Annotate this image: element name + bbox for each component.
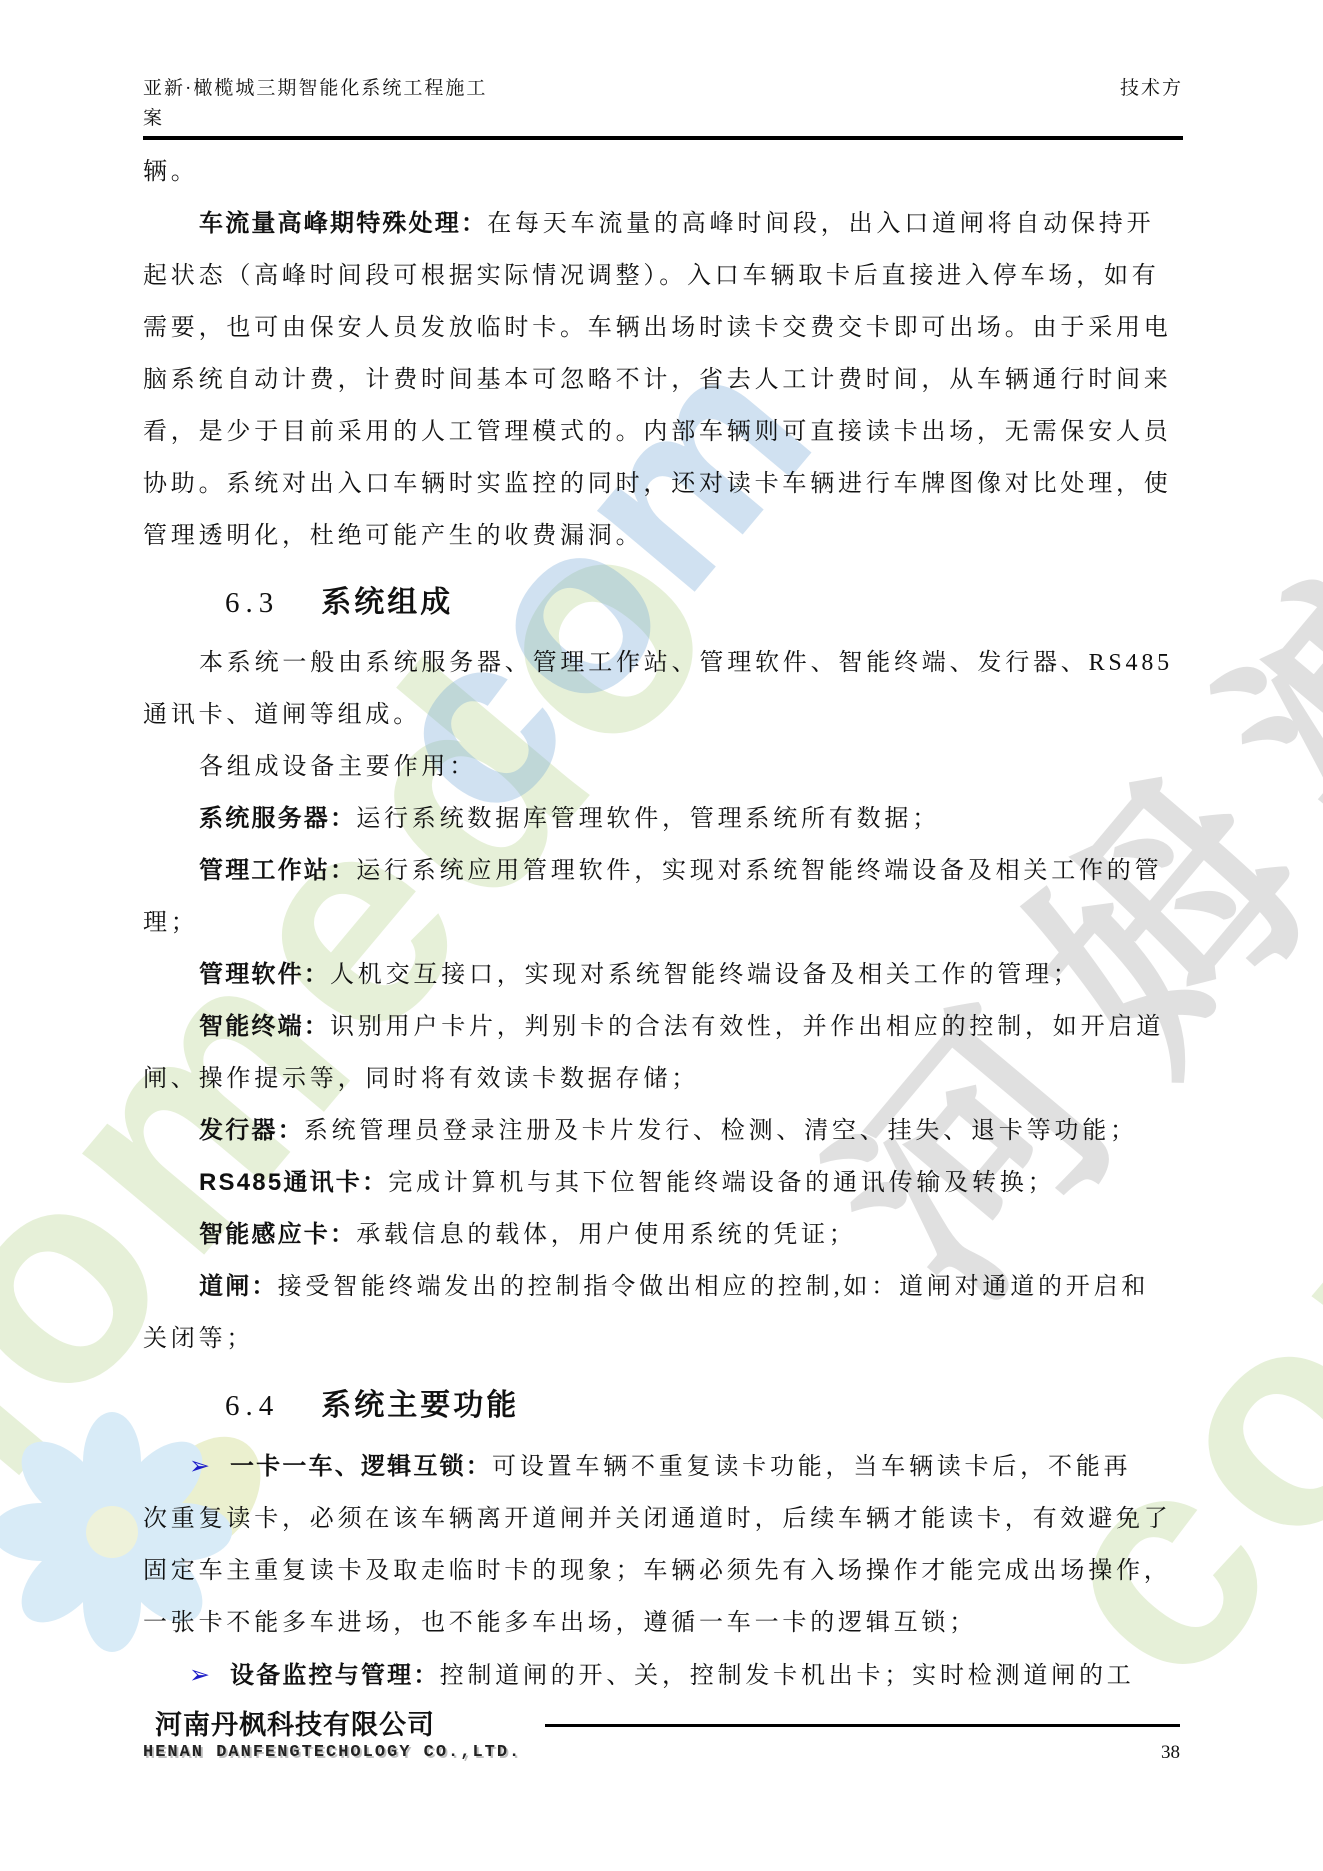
item-smart-terminal-lead: 智能终端：: [199, 1013, 330, 1040]
item-management-software-lead: 管理软件：: [199, 961, 330, 988]
item-rs485-card-lead: RS485通讯卡：: [199, 1169, 388, 1196]
bullet-arrow-icon: ➢: [189, 1660, 210, 1689]
section-heading-6-4: 6.4系统主要功能: [143, 1377, 1183, 1440]
bullet-device-monitoring-text: 控制道闸的开、关，控制发卡机出卡；实时检测道闸的工: [440, 1663, 1135, 1689]
para-peak-traffic-lead: 车流量高峰期特殊处理：: [199, 210, 487, 237]
bullet-arrow-icon: ➢: [189, 1451, 210, 1480]
page-header: 亚新·橄榄城三期智能化系统工程施工 技术方 案: [143, 74, 1183, 134]
item-smart-card-text: 承载信息的载体，用户使用系统的凭证；: [356, 1222, 856, 1248]
item-rs485-card: RS485通讯卡：完成计算机与其下位智能终端设备的通讯传输及转换；: [143, 1157, 1183, 1209]
para-peak-traffic-line4: 脑系统自动计费，计费时间基本可忽略不计，省去人工计费时间，从车辆通行时间来: [143, 354, 1183, 406]
para-peak-traffic-line2: 起状态（高峰时间段可根据实际情况调整）。入口车辆取卡后直接进入停车场，如有: [143, 250, 1183, 302]
bullet-one-card-one-car-lead: 一卡一车、逻辑互锁：: [230, 1453, 492, 1480]
item-issuer-lead: 发行器：: [199, 1117, 304, 1144]
section-heading-6-3: 6.3系统组成: [143, 574, 1183, 637]
para-peak-traffic-line1: 车流量高峰期特殊处理：在每天车流量的高峰时间段，出入口道闸将自动保持开: [143, 198, 1183, 250]
item-smart-terminal-line2: 闸、操作提示等，同时将有效读卡数据存储；: [143, 1053, 1183, 1105]
item-barrier-lead: 道闸：: [199, 1273, 278, 1300]
item-smart-card-lead: 智能感应卡：: [199, 1221, 356, 1248]
bullet-one-card-one-car-line2: 次重复读卡，必须在该车辆离开道闸并关闭通道时，后续车辆才能读卡，有效避免了: [143, 1493, 1183, 1545]
item-workstation-line2: 理；: [143, 897, 1183, 949]
para-peak-traffic-line6: 协助。系统对出入口车辆时实监控的同时，还对读卡车辆进行车牌图像对比处理，使: [143, 458, 1183, 510]
item-system-server-text: 运行系统数据库管理软件，管理系统所有数据；: [356, 806, 940, 832]
section-6-3-number: 6.3: [225, 587, 279, 619]
para-peak-traffic-line7: 管理透明化，杜绝可能产生的收费漏洞。: [143, 510, 1183, 562]
para-peak-traffic-line5: 看，是少于目前采用的人工管理模式的。内部车辆则可直接读卡出场，无需保安人员: [143, 406, 1183, 458]
paragraph-continuation-line: 辆。: [143, 146, 1183, 198]
item-smart-terminal-text: 识别用户卡片，判别卡的合法有效性，并作出相应的控制，如开启道: [330, 1014, 1164, 1040]
bullet-one-card-one-car-line4: 一张卡不能多车进场，也不能多车出场，遵循一车一卡的逻辑互锁；: [143, 1597, 1183, 1649]
item-workstation-line1: 管理工作站：运行系统应用管理软件，实现对系统智能终端设备及相关工作的管: [143, 845, 1183, 897]
para-composition-line1: 本系统一般由系统服务器、管理工作站、管理软件、智能终端、发行器、RS485: [143, 637, 1183, 689]
para-composition-line2: 通讯卡、道闸等组成。: [143, 689, 1183, 741]
bullet-device-monitoring-lead: 设备监控与管理：: [230, 1662, 440, 1689]
item-management-software: 管理软件：人机交互接口，实现对系统智能终端设备及相关工作的管理；: [143, 949, 1183, 1001]
para-roles-intro: 各组成设备主要作用：: [143, 741, 1183, 793]
para-peak-traffic-line3: 需要，也可由保安人员发放临时卡。车辆出场时读卡交费交卡即可出场。由于采用电: [143, 302, 1183, 354]
header-rule: [143, 136, 1183, 140]
section-6-4-title: 系统主要功能: [321, 1389, 519, 1422]
footer-company-name-cn: 河南丹枫科技有限公司: [155, 1703, 435, 1742]
item-system-server: 系统服务器：运行系统数据库管理软件，管理系统所有数据；: [143, 793, 1183, 845]
item-barrier-line2: 关闭等；: [143, 1313, 1183, 1365]
bullet-one-card-one-car-line1: ➢一卡一车、逻辑互锁：可设置车辆不重复读卡功能，当车辆读卡后，不能再: [143, 1440, 1183, 1493]
flower-core: [86, 1506, 138, 1558]
item-issuer: 发行器：系统管理员登录注册及卡片发行、检测、清空、挂失、退卡等功能；: [143, 1105, 1183, 1157]
item-smart-terminal-line1: 智能终端：识别用户卡片，判别卡的合法有效性，并作出相应的控制，如开启道: [143, 1001, 1183, 1053]
bullet-one-card-one-car-text: 可设置车辆不重复读卡功能，当车辆读卡后，不能再: [492, 1454, 1131, 1480]
para-peak-traffic-text1: 在每天车流量的高峰时间段，出入口道闸将自动保持开: [487, 211, 1154, 237]
header-title-left: 亚新·橄榄城三期智能化系统工程施工: [143, 74, 487, 104]
item-barrier-line1: 道闸：接受智能终端发出的控制指令做出相应的控制,如：道闸对通道的开启和: [143, 1261, 1183, 1313]
section-6-4-number: 6.4: [225, 1390, 279, 1422]
item-rs485-card-text: 完成计算机与其下位智能终端设备的通讯传输及转换；: [388, 1170, 1055, 1196]
bullet-one-card-one-car-line3: 固定车主重复读卡及取走临时卡的现象；车辆必须先有入场操作才能完成出场操作，: [143, 1545, 1183, 1597]
bullet-device-monitoring-line1: ➢设备监控与管理：控制道闸的开、关，控制发卡机出卡；实时检测道闸的工: [143, 1649, 1183, 1702]
item-workstation-lead: 管理工作站：: [199, 857, 356, 884]
item-management-software-text: 人机交互接口，实现对系统智能终端设备及相关工作的管理；: [330, 962, 1081, 988]
document-page: { "header": { "line1_left": "亚新·橄榄城三期智能化…: [0, 0, 1323, 1871]
page-number: 38: [1161, 1742, 1180, 1764]
footer-company-name-en: HENAN DANFENGTECHOLOGY CO.,LTD.: [143, 1743, 521, 1762]
section-6-3-title: 系统组成: [321, 586, 453, 619]
item-issuer-text: 系统管理员登录注册及卡片发行、检测、清空、挂失、退卡等功能；: [304, 1118, 1138, 1144]
footer-rule: [545, 1724, 1180, 1727]
document-body: 辆。 车流量高峰期特殊处理：在每天车流量的高峰时间段，出入口道闸将自动保持开 起…: [143, 146, 1183, 1702]
item-barrier-text: 接受智能终端发出的控制指令做出相应的控制,如：道闸对通道的开启和: [278, 1274, 1150, 1300]
item-workstation-text: 运行系统应用管理软件，实现对系统智能终端设备及相关工作的管: [356, 858, 1162, 884]
header-title-wrap: 案: [143, 104, 164, 134]
item-system-server-lead: 系统服务器：: [199, 805, 356, 832]
header-title-right: 技术方: [1120, 74, 1183, 104]
item-smart-card: 智能感应卡：承载信息的载体，用户使用系统的凭证；: [143, 1209, 1183, 1261]
